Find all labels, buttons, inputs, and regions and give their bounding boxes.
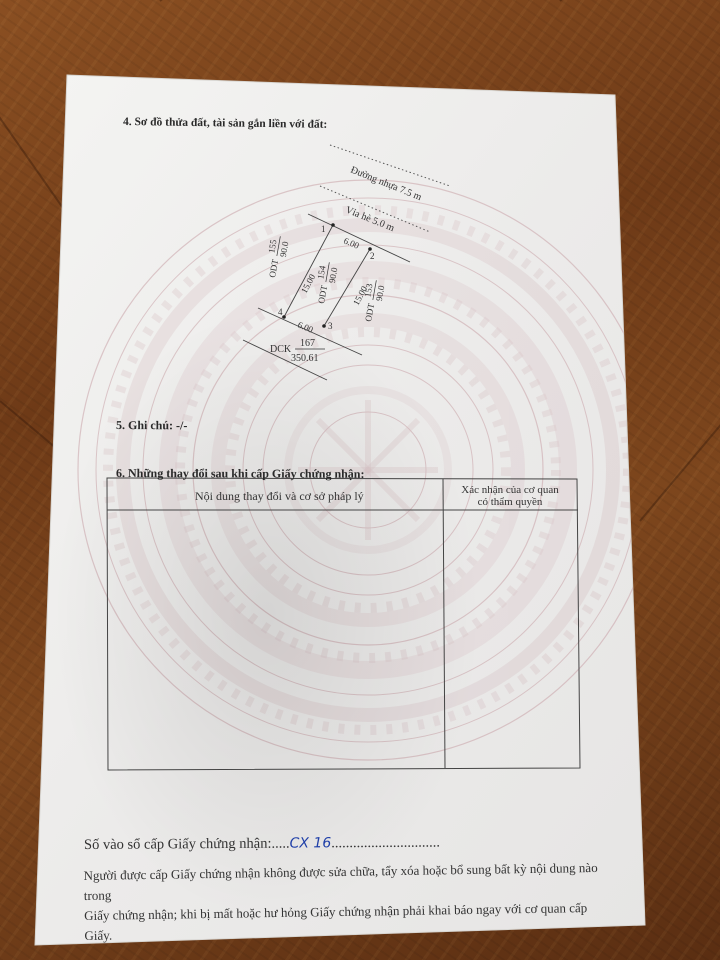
registry-number-line: Số vào sổ cấp Giấy chứng nhận:.....CX 16… xyxy=(84,835,440,854)
point-3-label: 3 xyxy=(328,321,333,331)
registry-dots: ..... xyxy=(271,836,289,852)
warning-note: Người được cấp Giấy chứng nhận không đượ… xyxy=(83,858,604,946)
registry-dots: .............................. xyxy=(331,835,440,852)
point-4-marker xyxy=(282,315,286,319)
registry-label: Số vào sổ cấp Giấy chứng nhận: xyxy=(84,836,272,853)
table-cell-change-content[interactable] xyxy=(109,512,442,767)
table-header-authority-confirmation: Xác nhận của cơ quan có thẩm quyền xyxy=(455,484,565,508)
registry-number-handwritten: CX 16 xyxy=(290,835,332,851)
point-3-marker xyxy=(322,324,326,328)
section-5-note: 5. Ghi chú: -/- xyxy=(116,418,187,433)
table-cell-authority-confirmation[interactable] xyxy=(446,512,576,766)
point-1-marker xyxy=(331,223,335,227)
svg-text:167: 167 xyxy=(300,338,315,349)
header-line-2: có thẩm quyền xyxy=(455,496,565,508)
section-6-title: 6. Những thay đổi sau khi cấp Giấy chứng… xyxy=(116,466,365,482)
svg-text:DCK: DCK xyxy=(270,344,292,355)
svg-text:350.61: 350.61 xyxy=(291,353,319,364)
table-header-change-content: Nội dung thay đổi và cơ sở pháp lý xyxy=(195,489,364,504)
point-4-label: 4 xyxy=(278,307,283,317)
warning-note-line-2: Giấy chứng nhận; khi bị mất hoặc hư hỏng… xyxy=(84,898,605,946)
point-2-label: 2 xyxy=(370,251,375,261)
header-line-1: Xác nhận của cơ quan xyxy=(455,484,565,496)
point-1-label: 1 xyxy=(321,224,326,234)
